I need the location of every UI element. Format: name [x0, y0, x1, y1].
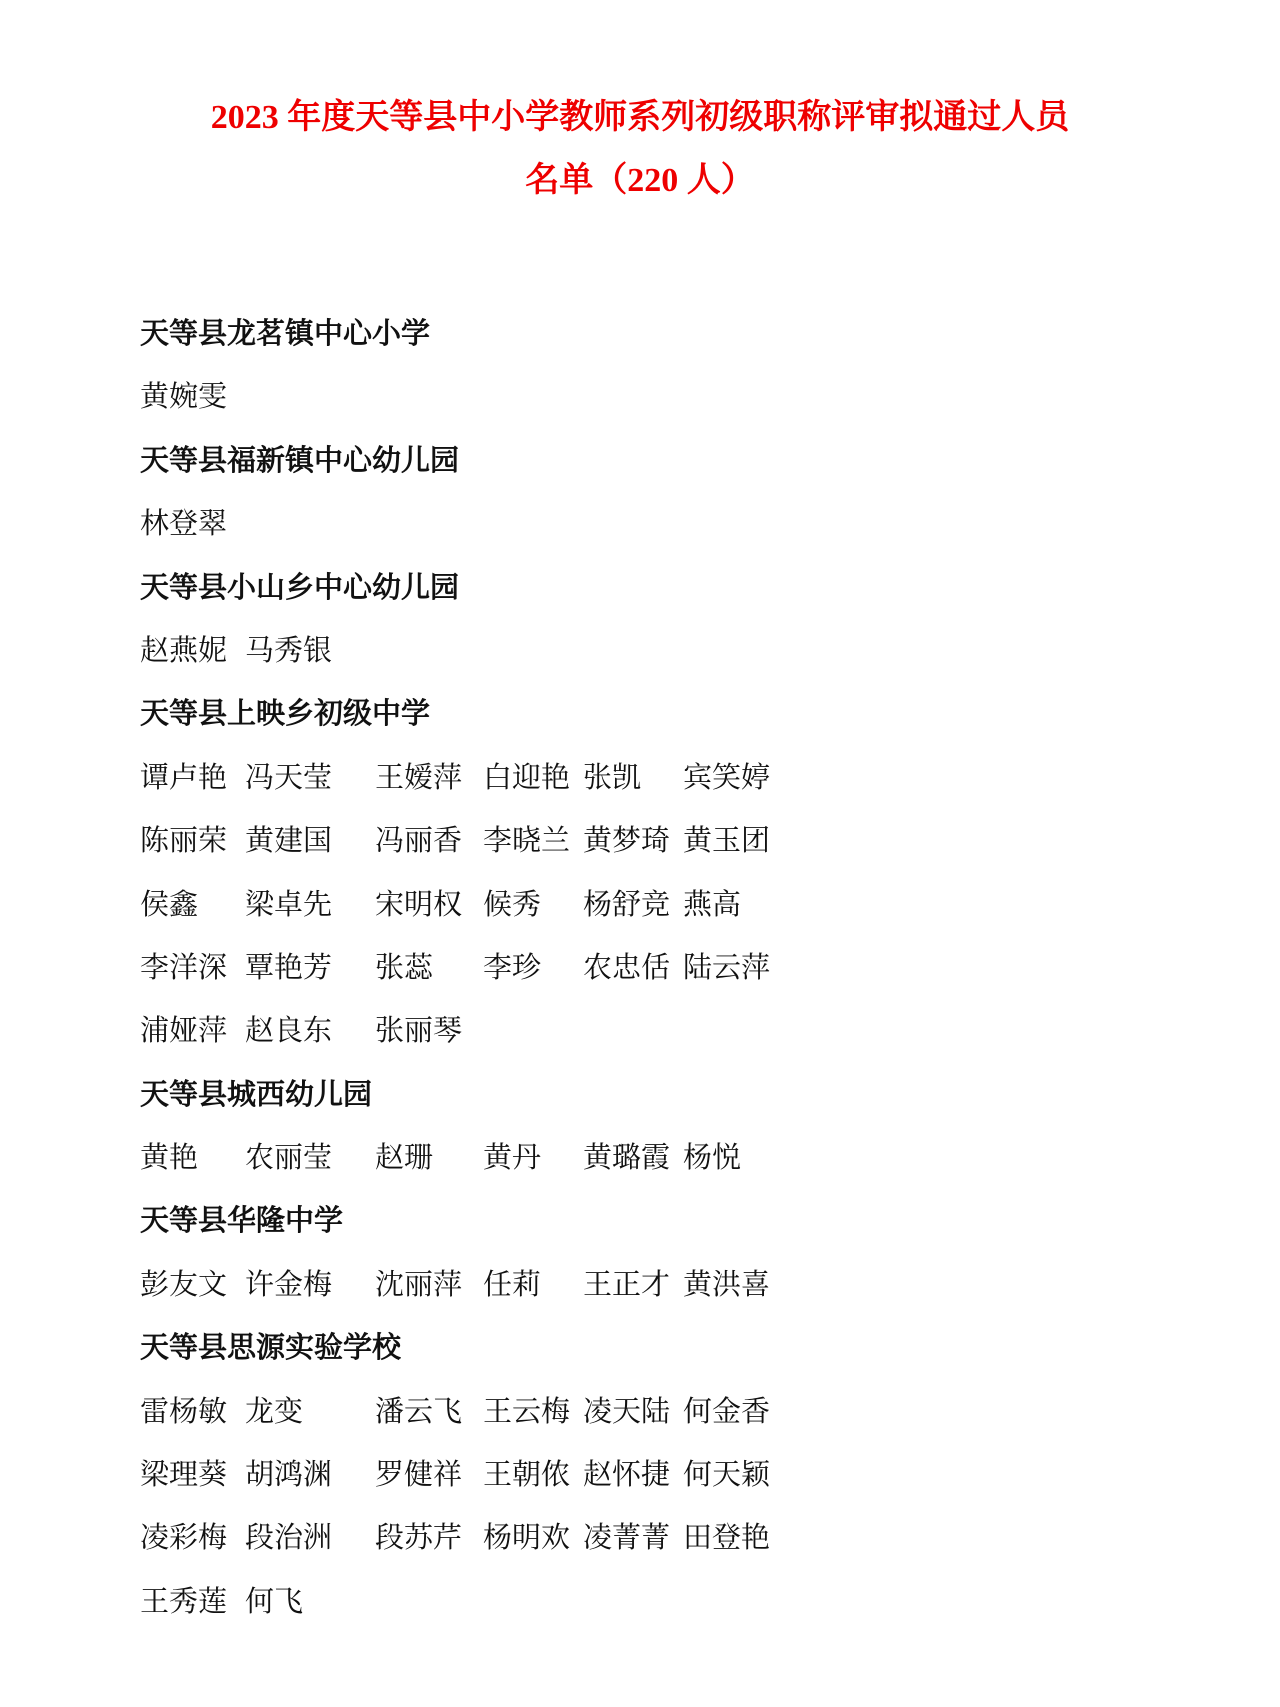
- name-row: 梁理葵胡鸿渊罗健祥王朝侬赵怀捷何天颖: [140, 1444, 1220, 1507]
- person-name: 李晓兰: [483, 810, 570, 873]
- name-row: 赵燕妮马秀银: [140, 620, 1220, 683]
- person-name: 黄洪喜: [683, 1254, 770, 1317]
- person-name: 冯丽香: [375, 810, 462, 873]
- name-row: 浦娅萍赵良东张丽琴: [140, 1000, 1220, 1063]
- person-name: 浦娅萍: [140, 1000, 227, 1063]
- document-title-line1: 2023 年度天等县中小学教师系列初级职称评审拟通过人员: [0, 86, 1280, 149]
- name-row: 凌彩梅段治洲段苏芹杨明欢凌菁菁田登艳: [140, 1507, 1220, 1570]
- person-name: 黄梦琦: [583, 810, 670, 873]
- school-name: 天等县城西幼儿园: [140, 1064, 1220, 1127]
- person-name: 赵良东: [245, 1000, 332, 1063]
- person-name: 何金香: [683, 1381, 770, 1444]
- person-name: 任莉: [483, 1254, 541, 1317]
- school-name: 天等县上映乡初级中学: [140, 683, 1220, 746]
- person-name: 龙变: [245, 1381, 303, 1444]
- document-title-line2: 名单（220 人）: [0, 149, 1280, 212]
- person-name: 段治洲: [245, 1507, 332, 1570]
- person-name: 黄璐霞: [583, 1127, 670, 1190]
- person-name: 杨明欢: [483, 1507, 570, 1570]
- school-name: 天等县福新镇中心幼儿园: [140, 430, 1220, 493]
- person-name: 梁理葵: [140, 1444, 227, 1507]
- person-name: 李珍: [483, 937, 541, 1000]
- person-name: 赵怀捷: [583, 1444, 670, 1507]
- person-name: 凌天陆: [583, 1381, 670, 1444]
- person-name: 杨悦: [683, 1127, 741, 1190]
- document-page: 2023 年度天等县中小学教师系列初级职称评审拟通过人员 名单（220 人） 天…: [0, 0, 1280, 1707]
- person-name: 凌彩梅: [140, 1507, 227, 1570]
- person-name: 农忠佸: [583, 937, 670, 1000]
- school-name: 天等县龙茗镇中心小学: [140, 303, 1220, 366]
- document-title: 2023 年度天等县中小学教师系列初级职称评审拟通过人员 名单（220 人）: [0, 86, 1280, 212]
- name-row: 李洋深覃艳芳张蕊李珍农忠佸陆云萍: [140, 937, 1220, 1000]
- person-name: 农丽莹: [245, 1127, 332, 1190]
- person-name: 黄玉团: [683, 810, 770, 873]
- name-row: 侯鑫梁卓先宋明权候秀杨舒竞燕高: [140, 874, 1220, 937]
- person-name: 黄婉雯: [140, 366, 227, 429]
- person-name: 侯鑫: [140, 874, 198, 937]
- person-name: 王嫒萍: [375, 747, 462, 810]
- person-name: 马秀银: [245, 620, 332, 683]
- person-name: 潘云飞: [375, 1381, 462, 1444]
- name-row: 谭卢艳冯天莹王嫒萍白迎艳张凯宾笑婷: [140, 747, 1220, 810]
- person-name: 许金梅: [245, 1254, 332, 1317]
- person-name: 罗健祥: [375, 1444, 462, 1507]
- name-row: 彭友文许金梅沈丽萍任莉王正才黄洪喜: [140, 1254, 1220, 1317]
- person-name: 凌菁菁: [583, 1507, 670, 1570]
- person-name: 白迎艳: [483, 747, 570, 810]
- person-name: 黄丹: [483, 1127, 541, 1190]
- person-name: 燕高: [683, 874, 741, 937]
- person-name: 彭友文: [140, 1254, 227, 1317]
- school-name: 天等县华隆中学: [140, 1190, 1220, 1253]
- name-row: 黄婉雯: [140, 366, 1220, 429]
- person-name: 杨舒竞: [583, 874, 670, 937]
- name-row: 黄艳农丽莹赵珊黄丹黄璐霞杨悦: [140, 1127, 1220, 1190]
- person-name: 林登翠: [140, 493, 227, 556]
- person-name: 李洋深: [140, 937, 227, 1000]
- person-name: 陆云萍: [683, 937, 770, 1000]
- person-name: 胡鸿渊: [245, 1444, 332, 1507]
- person-name: 田登艳: [683, 1507, 770, 1570]
- person-name: 候秀: [483, 874, 541, 937]
- school-name: 天等县小山乡中心幼儿园: [140, 557, 1220, 620]
- name-row: 王秀莲何飞: [140, 1571, 1220, 1634]
- person-name: 沈丽萍: [375, 1254, 462, 1317]
- person-name: 段苏芹: [375, 1507, 462, 1570]
- person-name: 赵燕妮: [140, 620, 227, 683]
- person-name: 张丽琴: [375, 1000, 462, 1063]
- person-name: 雷杨敏: [140, 1381, 227, 1444]
- school-name: 天等县思源实验学校: [140, 1317, 1220, 1380]
- person-name: 王朝侬: [483, 1444, 570, 1507]
- person-name: 黄建国: [245, 810, 332, 873]
- person-name: 陈丽荣: [140, 810, 227, 873]
- person-name: 黄艳: [140, 1127, 198, 1190]
- name-row: 陈丽荣黄建国冯丽香李晓兰黄梦琦黄玉团: [140, 810, 1220, 873]
- person-name: 梁卓先: [245, 874, 332, 937]
- person-name: 覃艳芳: [245, 937, 332, 1000]
- person-name: 冯天莹: [245, 747, 332, 810]
- person-name: 赵珊: [375, 1127, 433, 1190]
- person-name: 王正才: [583, 1254, 670, 1317]
- person-name: 谭卢艳: [140, 747, 227, 810]
- person-name: 王云梅: [483, 1381, 570, 1444]
- person-name: 何飞: [245, 1571, 303, 1634]
- person-name: 宋明权: [375, 874, 462, 937]
- name-row: 林登翠: [140, 493, 1220, 556]
- person-name: 王秀莲: [140, 1571, 227, 1634]
- person-name: 张蕊: [375, 937, 433, 1000]
- name-row: 雷杨敏龙变潘云飞王云梅凌天陆何金香: [140, 1381, 1220, 1444]
- person-name: 张凯: [583, 747, 641, 810]
- person-name: 宾笑婷: [683, 747, 770, 810]
- person-name: 何天颖: [683, 1444, 770, 1507]
- document-body: 天等县龙茗镇中心小学黄婉雯天等县福新镇中心幼儿园林登翠天等县小山乡中心幼儿园赵燕…: [140, 303, 1220, 1634]
